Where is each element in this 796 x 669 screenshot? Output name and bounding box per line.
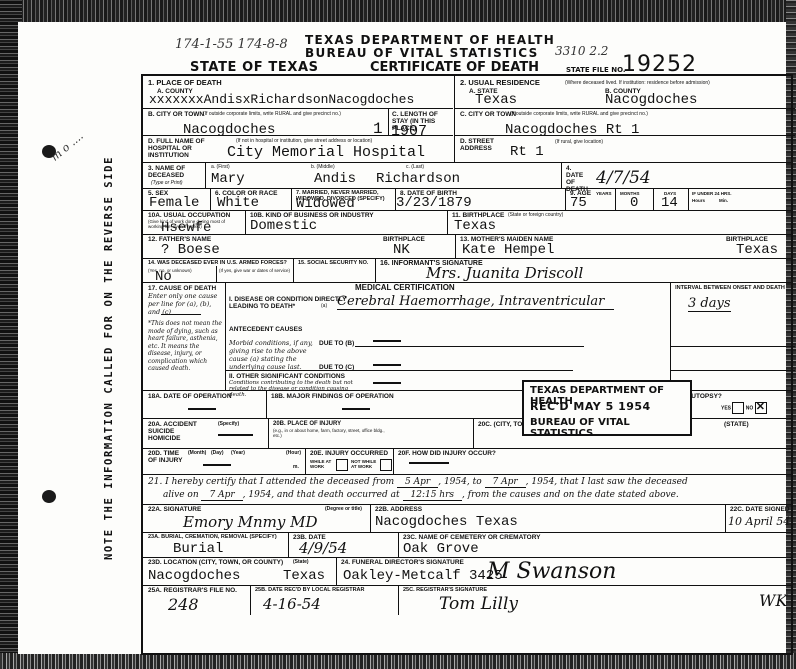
funeral-director-label: 24. FUNERAL DIRECTOR'S SIGNATURE: [341, 559, 464, 566]
injury-hour-label: (Hour): [286, 450, 301, 457]
other-conditions-label: II. OTHER SIGNIFICANT CONDITIONS: [229, 373, 345, 380]
autopsy-no-label: NO: [746, 405, 754, 411]
certificate-form: 1. PLACE OF DEATH a. COUNTY xxxxxxxAndis…: [141, 74, 793, 655]
not-while-at-work-checkbox[interactable]: [380, 459, 392, 471]
occupation-label: 10a. USUAL OCCUPATION: [148, 212, 230, 219]
registrar-signature-label: 25c. REGISTRAR'S SIGNATURE: [403, 587, 487, 594]
mother-value: Kate Hempel: [462, 242, 554, 258]
section-burial: 23a. BURIAL, CREMATION, REMOVAL (Specify…: [143, 532, 791, 558]
disease-label: I. DISEASE OR CONDITION DIRECTLY LEADING…: [229, 296, 349, 310]
stay-value: 1907: [391, 123, 427, 140]
years-label: YEARS: [596, 190, 612, 197]
hospital-label: d. FULL NAME OF HOSPITAL OR INSTITUTION: [148, 138, 233, 159]
place-of-death-label: 1. PLACE OF DEATH: [148, 79, 222, 86]
first-name-value: Mary: [211, 171, 245, 187]
name-label: 3. NAME OF DECEASED: [148, 165, 203, 179]
funeral-home-value: Oakley-Metcalf 3425: [343, 568, 503, 584]
city-label: b. CITY OR TOWN: [148, 111, 204, 118]
section-registrar: 25a. REGISTRAR'S FILE NO. 248 25b. DATE …: [143, 585, 791, 655]
registrar-initials: WK: [759, 591, 787, 610]
injury-day-label: (Day): [211, 450, 224, 457]
res-street-value: Rt 1: [510, 144, 544, 160]
injury-year-label: (Year): [231, 450, 245, 457]
hospital-value: City Memorial Hospital: [227, 144, 425, 161]
injury-m-label: m.: [293, 464, 299, 471]
not-while-at-work-label: NOT WHILE AT WORK: [351, 459, 381, 469]
ssn-label: 15. SOCIAL SECURITY NO.: [298, 260, 368, 267]
punch-hole-icon: [42, 490, 56, 503]
res-street-label: d. STREET ADDRESS: [460, 138, 505, 152]
last-name-value: Richardson: [376, 171, 460, 187]
birthplace-value: Texas: [454, 218, 496, 234]
section-injury: 20a. ACCIDENT SUICIDE HOMICIDE (Specify)…: [143, 418, 791, 449]
section-physician-statement: 21. I hereby certify that I attended the…: [143, 474, 791, 505]
section-injury-time: 20d. TIME OF INJURY (Month) (Day) (Year)…: [143, 448, 791, 475]
registrar-file-value: 248: [168, 595, 199, 614]
section-name: 3. NAME OF DECEASED (Type or Print) a. (…: [143, 162, 791, 189]
injury-how-label: 20f. HOW DID INJURY OCCUR?: [398, 450, 496, 457]
hours-label: Hours: [692, 197, 705, 204]
injury-type-label: 20a. ACCIDENT SUICIDE HOMICIDE: [148, 421, 203, 442]
days-value: 14: [661, 195, 678, 211]
injury-state-label: (STATE): [724, 421, 749, 428]
informant-signature: Mrs. Juanita Driscoll: [426, 264, 583, 282]
cause-footnote: *This does not mean the mode of dying, s…: [148, 320, 223, 373]
operation-date-label: 18a. DATE OF OPERATION: [148, 393, 232, 400]
res-city-label: c. CITY OR TOWN: [460, 111, 516, 118]
attended-from-date: 5 Apr: [397, 477, 438, 488]
name-note: (Type or Print): [151, 180, 183, 187]
father-value: ? Boese: [161, 242, 220, 258]
cemetery-label: 23c. NAME OF CEMETERY OR CREMATORY: [403, 534, 540, 541]
interval-label: INTERVAL BETWEEN ONSET AND DEATH: [675, 285, 785, 292]
res-county-value: Nacogdoches: [605, 92, 697, 108]
res-street-note: (If rural, give location): [555, 139, 603, 146]
res-state-value: Texas: [475, 92, 517, 108]
autopsy-yes-checkbox[interactable]: [732, 402, 744, 414]
months-value: 0: [630, 195, 638, 211]
handwritten-code-right: 3310 2.2: [555, 44, 608, 58]
injury-occurred-label: 20e. INJURY OCCURRED: [310, 450, 388, 457]
while-at-work-checkbox[interactable]: [336, 459, 348, 471]
address-label: 22b. ADDRESS: [375, 506, 422, 513]
degree-label: (Degree or title): [325, 506, 362, 513]
handwritten-code-left: 174-1-55 174-8-8: [175, 37, 288, 52]
attended-to-date: 7 Apr: [485, 477, 526, 488]
city-note: (If outside corporate limits, write RURA…: [203, 111, 341, 118]
section-occupation: 10a. USUAL OCCUPATION (Give kind of work…: [143, 210, 791, 235]
minutes-label: Min.: [719, 197, 728, 204]
interval-a-value: 3 days: [688, 296, 731, 312]
race-value: White: [217, 195, 259, 211]
first-name-label: a. (First): [211, 164, 230, 171]
autopsy-yes-label: YES: [721, 405, 731, 411]
usual-residence-label: 2. USUAL RESIDENCE: [460, 79, 540, 86]
section-informant: 14. WAS DECEASED EVER IN U.S. ARMED FORC…: [143, 258, 791, 283]
received-stamp: TEXAS DEPARTMENT OF HEALTH REC'D MAY 5 1…: [522, 380, 692, 436]
line-a-label: (a): [321, 303, 327, 310]
injury-time-label: 20d. TIME OF INJURY: [148, 450, 183, 464]
funeral-director-signature: M Swanson: [487, 559, 616, 584]
cause-of-death-label: 17. CAUSE OF DEATH: [148, 285, 216, 292]
res-city-note: (If outside corporate limits, write RURA…: [510, 111, 648, 118]
burial-location-value: Nacogdoches: [148, 568, 240, 584]
mother-birthplace-value: Texas: [736, 242, 778, 258]
under-24-label: IF UNDER 24 HRS.: [692, 190, 732, 197]
while-at-work-label: WHILE AT WORK: [310, 459, 335, 469]
section-vitals: 5. SEX Female 6. COLOR OR RACE White 7. …: [143, 188, 791, 211]
reverse-side-note: NOTE THE INFORMATION CALLED FOR ON THE R…: [103, 156, 115, 560]
armed-forces-label: 14. WAS DECEASED EVER IN U.S. ARMED FORC…: [148, 260, 287, 267]
dob-value: 3/23/1879: [396, 195, 472, 211]
stamp-line-2: REC'D MAY 5 1954: [530, 400, 651, 413]
sex-value: Female: [149, 195, 199, 211]
registrar-date-label: 25b. DATE REC'D BY LOCAL REGISTRAR: [255, 587, 365, 594]
antecedent-note: Morbid conditions, if any, giving rise t…: [229, 339, 321, 371]
burial-location-label: 23d. LOCATION (City, town, or county): [148, 559, 283, 566]
burial-date-value: 4/9/54: [299, 539, 347, 557]
address-value: Nacogdoches Texas: [375, 514, 518, 530]
burial-state-label: (State): [293, 559, 309, 566]
certification-line-1: 21. I hereby certify that I attended the…: [148, 477, 688, 488]
due-to-b-label: DUE TO (b): [319, 340, 354, 347]
medical-certification-title: MEDICAL CERTIFICATION: [355, 284, 455, 291]
physician-signature: Emory Mnmy MD: [183, 513, 318, 531]
injury-place-note: (e.g., in or about home, farm, factory, …: [273, 428, 393, 438]
certification-line-2: alive on 7 Apr, 1954, and that death occ…: [163, 490, 679, 501]
section-physician-signature: 22a. SIGNATURE (Degree or title) Emory M…: [143, 504, 791, 533]
death-county-value: xxxxxxxAndisxRichardsonNacogdoches: [149, 92, 414, 107]
usual-residence-note: (Where deceased lived. If institution: r…: [565, 80, 710, 87]
section-funeral: 23d. LOCATION (City, town, or county) (S…: [143, 557, 791, 586]
section-parents: 12. FATHER'S NAME ? Boese BIRTHPLACE NK …: [143, 234, 791, 259]
registrar-signature: Tom Lilly: [439, 594, 518, 614]
burial-state-value: Texas: [283, 568, 325, 584]
date-of-death-value: 4/7/54: [596, 168, 651, 188]
injury-specify-label: (Specify): [218, 421, 239, 428]
last-name-label: c. (Last): [406, 164, 424, 171]
injury-month-label: (Month): [188, 450, 206, 457]
last-seen-alive-date: 7 Apr: [201, 490, 242, 501]
autopsy-no-checkbox[interactable]: [755, 402, 767, 414]
agency-line-2: BUREAU OF VITAL STATISTICS: [305, 46, 539, 60]
registrar-date-value: 4-16-54: [263, 595, 321, 613]
section-medical-certification: 17. CAUSE OF DEATH Enter only one cause …: [143, 282, 791, 391]
usual-residence-block: 2. USUAL RESIDENCE (Where deceased lived…: [454, 76, 795, 162]
injury-place-label: 20b. PLACE OF INJURY: [273, 421, 341, 428]
cause-note: Enter only one cause per line for (a), (…: [148, 292, 218, 316]
date-signed-label: 22c. DATE SIGNED: [730, 506, 789, 513]
section-operation: 18a. DATE OF OPERATION 18b. MAJOR FINDIN…: [143, 390, 791, 419]
scan-border-bottom: [0, 653, 796, 669]
burial-type-label: 23a. BURIAL, CREMATION, REMOVAL (Specify…: [148, 534, 277, 541]
armed-forces-note-2: (If yes, give war or dates of service): [219, 267, 290, 274]
father-birthplace-value: NK: [393, 242, 410, 258]
middle-name-value: Andis: [314, 171, 356, 187]
middle-name-label: b. (Middle): [311, 164, 335, 171]
cause-line-a: Cerebral Haemorrhage, Intraventricular: [337, 294, 614, 310]
cemetery-value: Oak Grove: [403, 541, 479, 557]
years-value: 75: [570, 195, 587, 211]
agency-line-1: TEXAS DEPARTMENT OF HEALTH: [305, 33, 555, 47]
antecedent-label: ANTECEDENT CAUSES: [229, 326, 302, 333]
burial-type-value: Burial: [173, 541, 223, 557]
section-place-residence: 1. PLACE OF DEATH a. COUNTY xxxxxxxAndis…: [143, 76, 791, 163]
time-of-death: 12:15 hrs: [403, 490, 463, 501]
business-value: Domestic: [250, 218, 317, 234]
state-file-label: STATE FILE NO.: [566, 66, 626, 74]
registrar-file-label: 25a. REGISTRAR'S FILE NO.: [148, 587, 237, 594]
stamp-line-3: BUREAU OF VITAL STATISTICS: [530, 417, 690, 439]
birthplace-note: (State or foreign country): [508, 212, 563, 219]
state-title: STATE OF TEXAS: [190, 60, 319, 75]
signature-label: 22a. SIGNATURE: [148, 506, 201, 513]
document-title: CERTIFICATE OF DEATH: [370, 60, 539, 75]
operation-findings-label: 18b. MAJOR FINDINGS OF OPERATION: [271, 393, 394, 400]
date-signed-value: 10 April 54: [728, 515, 790, 528]
